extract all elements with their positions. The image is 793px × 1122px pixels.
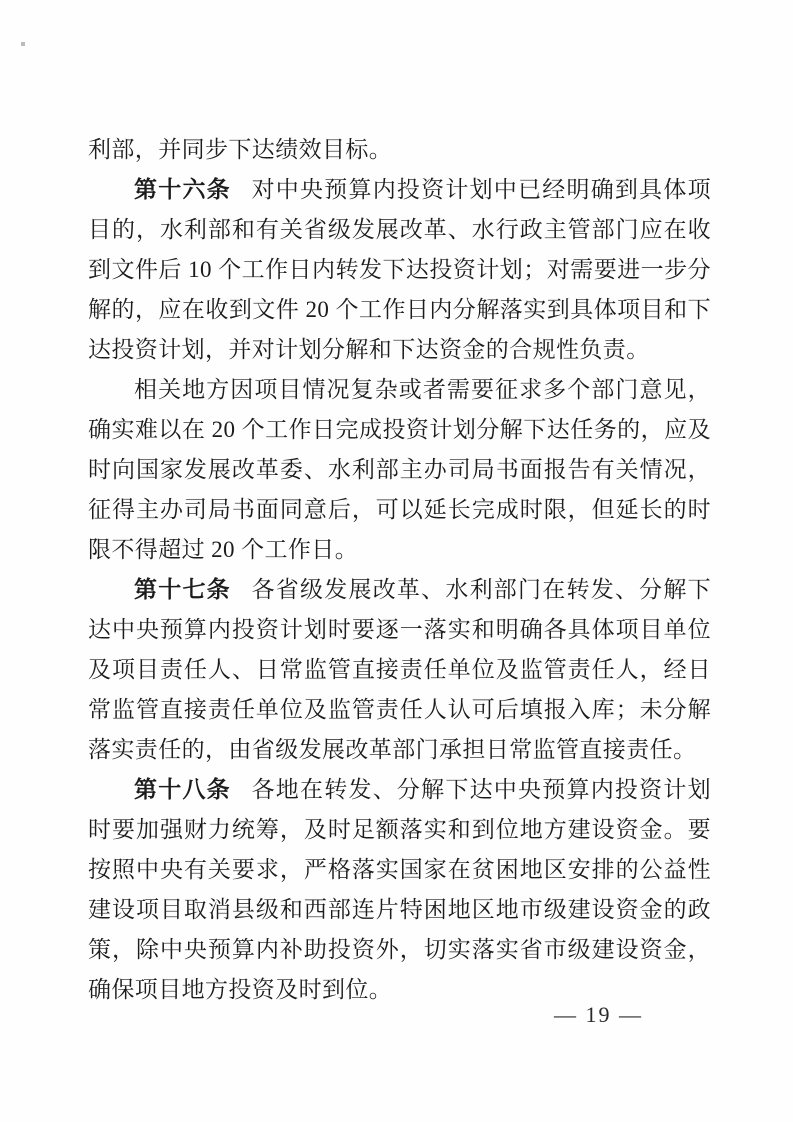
paragraph-continuation: 利部，并同步下达绩效目标。 — [88, 130, 711, 170]
paragraph-text: 相关地方因项目情况复杂或者需要征求多个部门意见，确实难以在 20 个工作日完成投… — [88, 377, 711, 562]
document-page: 利部，并同步下达绩效目标。 第十六条对中央预算内投资计划中已经明确到具体项目的，… — [0, 0, 793, 1122]
document-body: 利部，并同步下达绩效目标。 第十六条对中央预算内投资计划中已经明确到具体项目的，… — [88, 130, 711, 1010]
paragraph-article-16: 第十六条对中央预算内投资计划中已经明确到具体项目的，水利部和有关省级发展改革、水… — [88, 170, 711, 370]
page-number-text: — 19 — — [554, 1002, 643, 1027]
paragraph-extension-clause: 相关地方因项目情况复杂或者需要征求多个部门意见，确实难以在 20 个工作日完成投… — [88, 370, 711, 570]
paragraph-text: 各省级发展改革、水利部门在转发、分解下达中央预算内投资计划时要逐一落实和明确各具… — [88, 577, 711, 762]
paragraph-text: 各地在转发、分解下达中央预算内投资计划时要加强财力统筹，及时足额落实和到位地方建… — [88, 777, 711, 1002]
paragraph-text: 对中央预算内投资计划中已经明确到具体项目的，水利部和有关省级发展改革、水行政主管… — [88, 177, 711, 362]
article-number-17: 第十七条 — [134, 577, 231, 602]
scan-speckle — [21, 42, 25, 46]
paragraph-article-18: 第十八条各地在转发、分解下达中央预算内投资计划时要加强财力统筹，及时足额落实和到… — [88, 770, 711, 1010]
article-number-16: 第十六条 — [134, 177, 231, 202]
page-number: — 19 — — [554, 1000, 643, 1030]
article-number-18: 第十八条 — [134, 777, 231, 802]
paragraph-article-17: 第十七条各省级发展改革、水利部门在转发、分解下达中央预算内投资计划时要逐一落实和… — [88, 570, 711, 770]
paragraph-text: 利部，并同步下达绩效目标。 — [88, 137, 392, 162]
